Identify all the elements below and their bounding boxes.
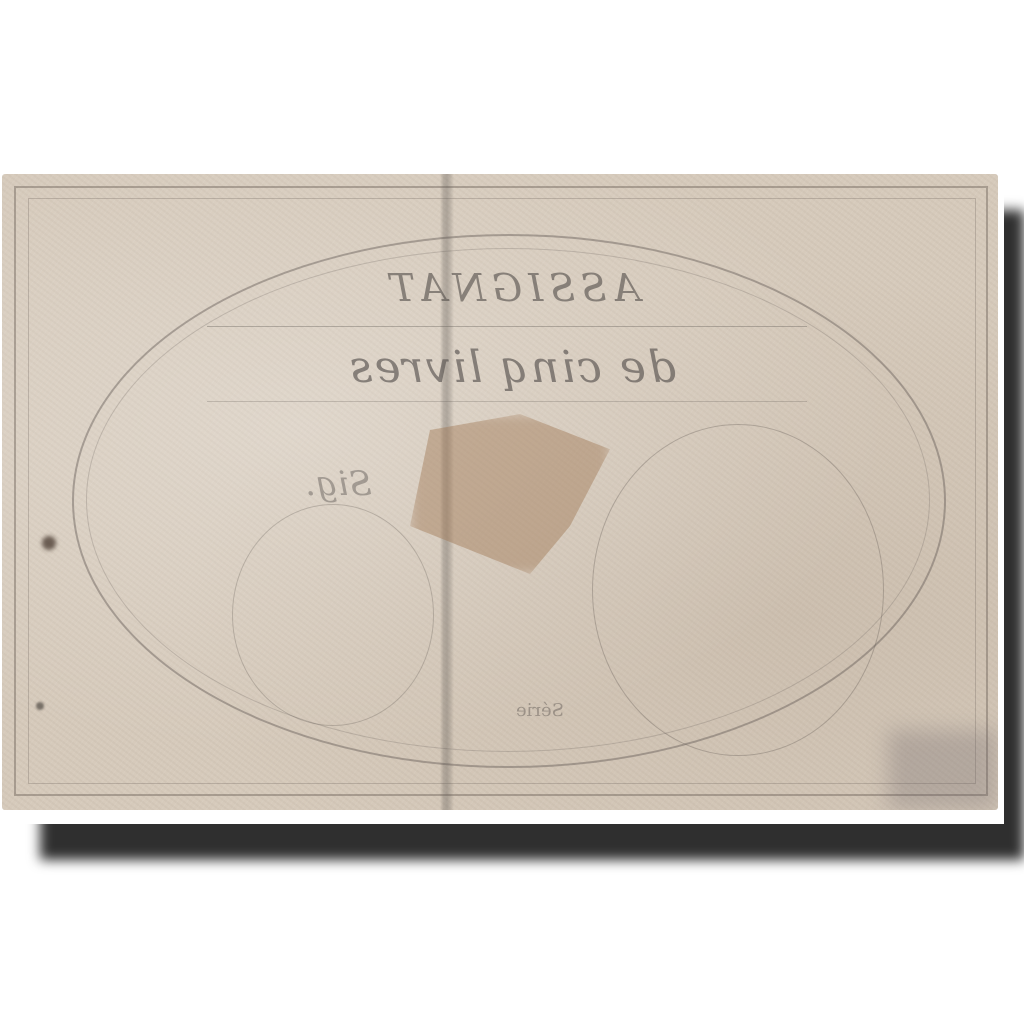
mirrored-signature: Sig. xyxy=(192,464,372,504)
banknote: ASSIGNAT de cinq livres Sig. Série xyxy=(2,174,998,810)
corner-stain xyxy=(888,730,998,810)
small-pin-hole xyxy=(36,702,44,710)
mirrored-serial: Série xyxy=(490,700,590,721)
mirrored-denomination: de cinq livres xyxy=(222,342,802,393)
left-medallion xyxy=(232,504,434,726)
right-medallion xyxy=(592,424,884,756)
pin-hole xyxy=(42,536,56,550)
mirrored-title: ASSIGNAT xyxy=(332,266,692,310)
photo-frame: ASSIGNAT de cinq livres Sig. Série xyxy=(0,172,1004,824)
